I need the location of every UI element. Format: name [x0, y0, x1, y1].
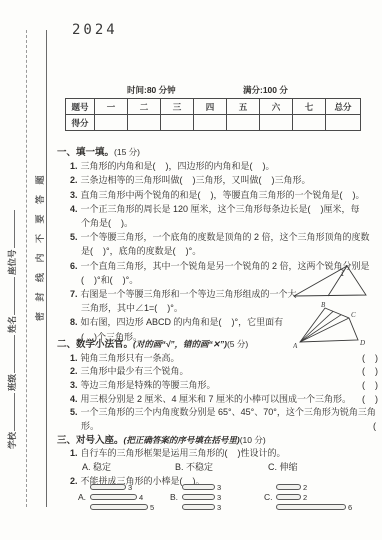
- stick-length-label: 4: [139, 493, 143, 502]
- item-text: 直角三角形中两个锐角的和是( )，等腰直角三角形的一个锐角是( )。: [81, 190, 365, 200]
- stick-shape: [90, 504, 148, 510]
- fill-item-3: 3.直角三角形中两个锐角的和是( )，等腰直角三角形的一个锐角是( )。: [57, 189, 382, 203]
- stick-shape: [276, 504, 346, 510]
- stick-length-label: 3: [217, 493, 221, 502]
- score-table: 题号 一 二 三 四 五 六 七 总分 得分: [65, 98, 361, 131]
- item-text: 个角是( )。: [81, 218, 133, 228]
- item-number: 1.: [70, 352, 78, 366]
- fill-item-1: 1.三角形的内角和是( )，四边形的内角和是( )。: [57, 160, 382, 174]
- judge-item-2: 2.三角形中最少有三个锐角。( ): [57, 365, 382, 379]
- field-label-class: 班级: [7, 374, 17, 391]
- item-number: 6.: [70, 261, 78, 271]
- field-label-school: 学校: [7, 432, 17, 449]
- stick-shape: [276, 484, 301, 490]
- fill-item-5-cont: 是( )°，底角的度数是( )°。: [57, 245, 382, 259]
- score-table-header-row: 题号 一 二 三 四 五 六 七 总分: [66, 99, 361, 115]
- section1-heading: 一、填一填。(15 分): [57, 146, 371, 160]
- group-b-label: B.: [170, 492, 178, 502]
- col-total: 总分: [326, 99, 361, 115]
- student-info-fields: 学校班级姓名座位号: [6, 95, 19, 449]
- vertex-b-label: B: [321, 301, 326, 309]
- score-cell: [227, 115, 260, 131]
- score-cell: [95, 115, 128, 131]
- col-question-no: 题号: [66, 99, 95, 115]
- stick-length-label: 3: [217, 483, 221, 492]
- item-text: 等边三角形是特殊的等腰三角形。: [81, 379, 216, 393]
- item-number: 2.: [70, 476, 78, 486]
- exam-paper-page: 学校班级姓名座位号 密封线内不要答题 2024 时间:80 分钟 满分:100 …: [0, 0, 382, 540]
- col-3: 三: [161, 99, 194, 115]
- group-c-label: C.: [264, 492, 273, 502]
- stick-row: 3: [182, 482, 221, 492]
- item-text: 钝角三角形只有一条高。: [81, 352, 180, 366]
- section2-title: 二、数学小法官。: [57, 339, 133, 350]
- judge-item-5-cont: 形。( ): [57, 420, 382, 434]
- seat-blank-line: [6, 210, 15, 248]
- answer-bracket: ( ): [373, 420, 382, 434]
- section2-note: (对的画“√”，错的画“✕”): [133, 339, 227, 349]
- choice-item-1-options: A. 稳定 B. 不稳定 C. 伸缩: [57, 461, 371, 475]
- stick-row: 3: [182, 492, 221, 502]
- item-number: 8.: [70, 317, 78, 327]
- time-limit: 时间:80 分钟: [127, 84, 176, 96]
- stick-length-label: 2: [303, 493, 307, 502]
- judge-item-3: 3.等边三角形是特殊的等腰三角形。( ): [57, 379, 382, 393]
- seal-line-text: 密封线内不要答题: [33, 161, 45, 321]
- answer-bracket: ( ): [362, 379, 378, 393]
- col-4: 四: [194, 99, 227, 115]
- item-text: 是( )°，底角的度数是( )°。: [81, 246, 201, 256]
- choice-item-1: 1.自行车的三角形框架是运用三角形的( )性设计的。: [57, 447, 382, 461]
- item-number: 1.: [70, 161, 78, 171]
- item-text: 形。: [81, 420, 99, 434]
- item-number: 2.: [70, 175, 78, 185]
- option-b: B. 不稳定: [175, 461, 213, 475]
- col-7: 七: [293, 99, 326, 115]
- stick-row: 3: [182, 502, 221, 512]
- stick-length-label: 3: [217, 503, 221, 512]
- stick-options-figure: A. 3 4 5 B. 3 3 3 C. 2 2 6: [78, 482, 370, 518]
- fill-item-5: 5.一个等腰三角形，一个底角的度数是顶角的 2 倍，这个三角形顶角的度数: [57, 231, 382, 245]
- answer-bracket: ( ): [362, 352, 378, 366]
- item-text: 用三根分别是 2 厘米、4 厘米和 7 厘米的小棒可以围成一个三角形。: [81, 393, 352, 407]
- group-a-label: A.: [78, 492, 86, 502]
- item-text: 一个等腰三角形，一个底角的度数是顶角的 2 倍，这个三角形顶角的度数: [81, 232, 370, 242]
- field-label-name: 姓名: [7, 316, 17, 333]
- stick-shape: [90, 484, 126, 490]
- fill-item-4-cont: 个角是( )。: [57, 217, 382, 231]
- item-number: 1.: [70, 448, 78, 458]
- section2-heading: 二、数学小法官。(对的画“√”，错的画“✕”)(5 分): [57, 338, 371, 352]
- col-6: 六: [260, 99, 293, 115]
- fill-item-2: 2.三条边相等的三角形叫做( )三角形，又叫做( )三角形。: [57, 174, 382, 188]
- stick-length-label: 5: [150, 503, 154, 512]
- stick-shape: [276, 494, 301, 500]
- stick-row: 3: [90, 482, 132, 492]
- score-table-score-row: 得分: [66, 115, 361, 131]
- stick-row: 2: [276, 492, 307, 502]
- field-label-seat: 座位号: [7, 249, 17, 275]
- item-text: 自行车的三角形框架是运用三角形的( )性设计的。: [81, 448, 286, 458]
- item-text: 一个三角形的三个内角度数分别是 65°、45°、70°，这个三角形为锐角三角: [81, 407, 376, 417]
- section3-title: 三、对号入座。: [57, 435, 124, 446]
- stick-shape: [182, 484, 215, 490]
- section3-points: (10 分): [240, 435, 266, 445]
- section1-points: (15 分): [114, 147, 140, 157]
- stick-length-label: 2: [303, 483, 307, 492]
- score-cell: [293, 115, 326, 131]
- judge-item-1: 1.钝角三角形只有一条高。( ): [57, 352, 382, 366]
- item-number: 7.: [70, 289, 78, 299]
- section1-title: 一、填一填。: [57, 147, 114, 158]
- full-score: 满分:100 分: [243, 84, 288, 96]
- angle-1-label: 1: [341, 271, 345, 278]
- school-blank-line: [6, 393, 15, 431]
- score-cell: [161, 115, 194, 131]
- score-row-label: 得分: [66, 115, 95, 131]
- stick-shape: [182, 494, 215, 500]
- section3-heading: 三、对号入座。(把正确答案的序号填在括号里)(10 分): [57, 434, 371, 448]
- stick-row: 5: [90, 502, 154, 512]
- col-1: 一: [95, 99, 128, 115]
- exam-year: 2024: [72, 22, 118, 38]
- item-number: 4.: [70, 204, 78, 214]
- item-number: 3.: [70, 190, 78, 200]
- judge-item-4: 4.用三根分别是 2 厘米、4 厘米和 7 厘米的小棒可以围成一个三角形。( ): [57, 393, 382, 407]
- item-number: 3.: [70, 379, 78, 393]
- item-text: 一个正三角形的周长是 120 厘米，这个三角形每条边长是( )厘米，每: [81, 204, 360, 214]
- judge-item-5: 5.一个三角形的三个内角度数分别是 65°、45°、70°，这个三角形为锐角三角: [57, 406, 382, 420]
- item-number: 5.: [70, 232, 78, 242]
- item-text: 右图是一个等腰三角形和一个等边三角形组成的一个大: [81, 289, 297, 299]
- name-blank-line: [6, 277, 15, 315]
- stick-shape: [182, 504, 215, 510]
- fill-item-4: 4.一个正三角形的周长是 120 厘米，这个三角形每条边长是( )厘米，每: [57, 203, 382, 217]
- seal-dashed-line: [26, 30, 27, 507]
- seal-solid-line: [46, 30, 47, 507]
- answer-bracket: ( ): [362, 393, 378, 407]
- item-number: 4.: [70, 393, 78, 407]
- triangle-figure-q7: 1: [290, 263, 370, 299]
- item-text: 三角形中最少有三个锐角。: [81, 365, 189, 379]
- stick-row: 2: [276, 482, 307, 492]
- stick-length-label: 3: [128, 483, 132, 492]
- item-text: ( )°和( )°。: [81, 275, 138, 285]
- section3-note: (把正确答案的序号填在括号里): [124, 435, 240, 445]
- stick-row: 4: [90, 492, 143, 502]
- col-2: 二: [128, 99, 161, 115]
- score-cell: [128, 115, 161, 131]
- option-c: C. 伸缩: [268, 461, 298, 475]
- answer-bracket: ( ): [362, 365, 378, 379]
- score-cell: [194, 115, 227, 131]
- option-a: A. 稳定: [82, 461, 111, 475]
- stick-shape: [90, 494, 137, 500]
- stick-row: 6: [276, 502, 352, 512]
- item-number: 5.: [70, 407, 78, 417]
- stick-length-label: 6: [348, 503, 352, 512]
- score-cell: [260, 115, 293, 131]
- item-text: 三角形，其中∠1=( )°。: [81, 303, 183, 313]
- item-text: 三角形的内角和是( )，四边形的内角和是( )。: [81, 161, 275, 171]
- section2-points: (5 分): [227, 339, 248, 349]
- item-text: 如右图，四边形 ABCD 的内角和是( )°，它里面有: [81, 317, 284, 327]
- class-blank-line: [6, 335, 15, 373]
- item-number: 2.: [70, 365, 78, 379]
- score-cell-total: [326, 115, 361, 131]
- item-text: 三条边相等的三角形叫做( )三角形，又叫做( )三角形。: [81, 175, 311, 185]
- col-5: 五: [227, 99, 260, 115]
- vertex-c-label: C: [351, 311, 356, 319]
